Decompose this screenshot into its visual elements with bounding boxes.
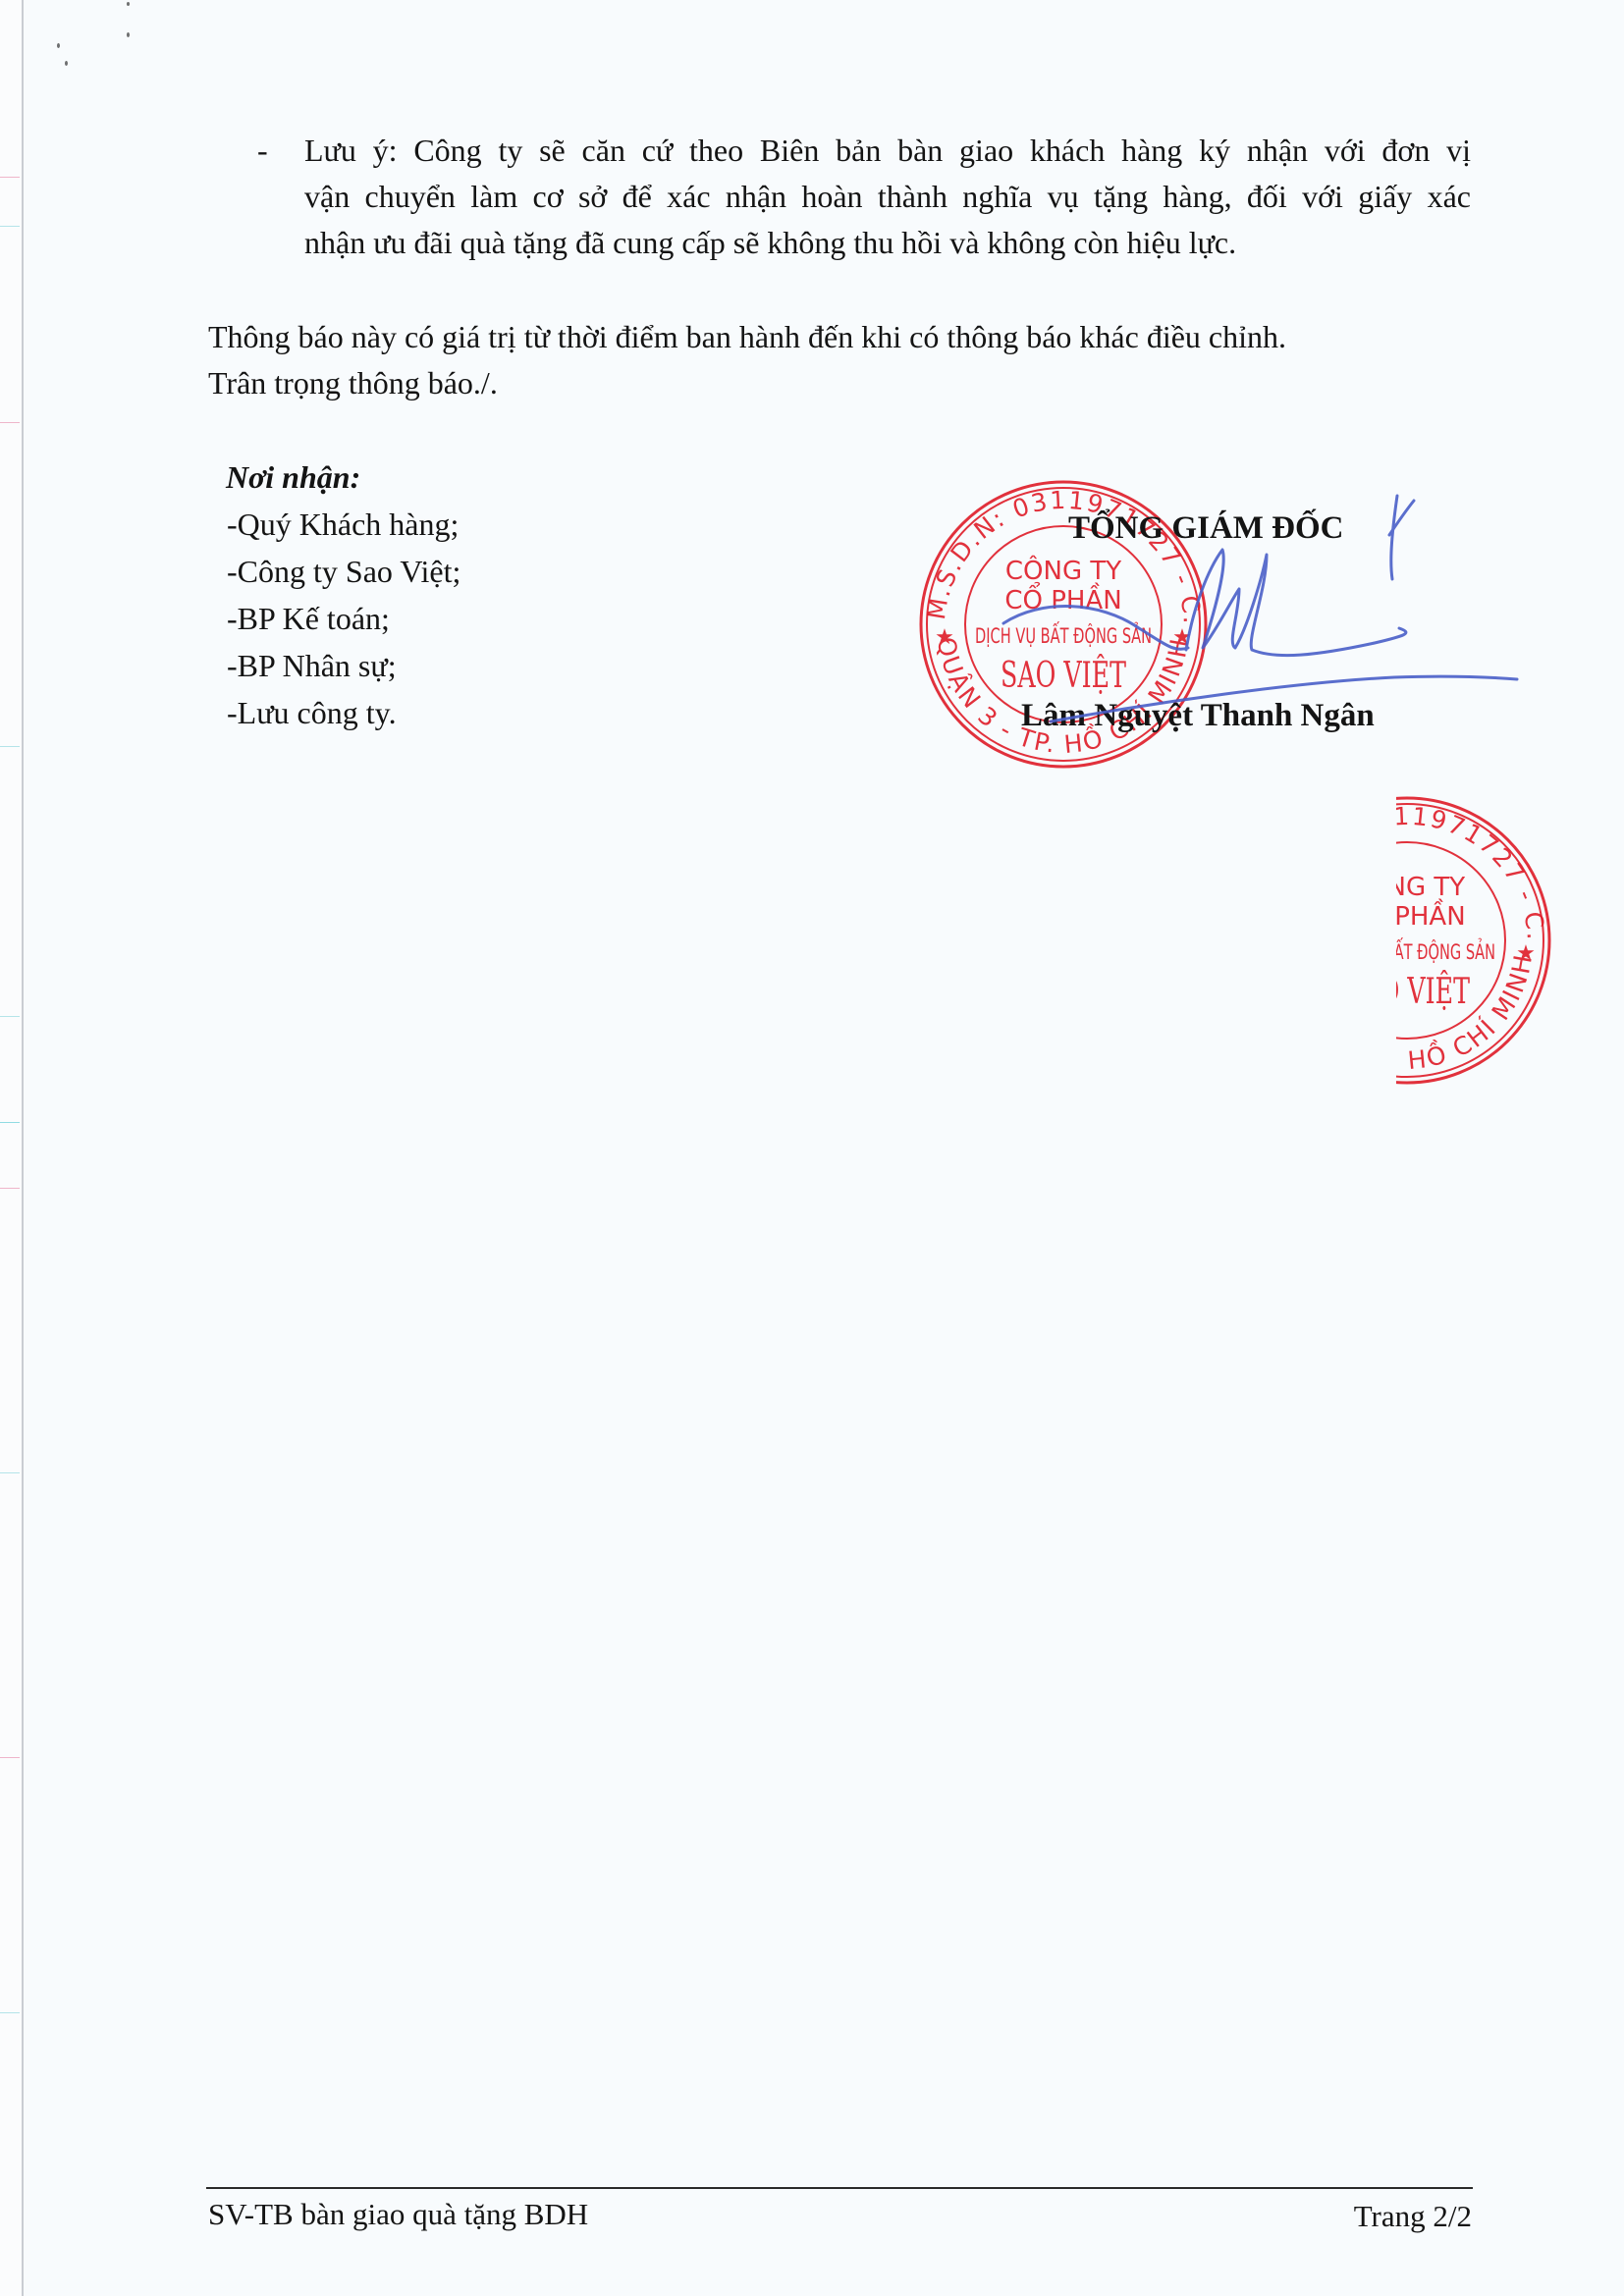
scan-edge-strip bbox=[0, 0, 24, 2296]
stamp-star-left: ★ bbox=[935, 625, 954, 650]
footer-page-number: Trang 2/2 bbox=[1354, 2197, 1472, 2236]
svg-text:★: ★ bbox=[1516, 941, 1536, 966]
svg-text:DỊCH VỤ BẤT ĐỘNG SẢN: DỊCH VỤ BẤT ĐỘNG SẢN bbox=[1319, 937, 1495, 964]
recipient-item: -Lưu công ty. bbox=[227, 690, 397, 736]
svg-text:CÔNG TY: CÔNG TY bbox=[1349, 871, 1465, 902]
note-paragraph: Lưu ý: Công ty sẽ căn cứ theo Biên bản b… bbox=[304, 128, 1471, 266]
footer-document-code: SV-TB bàn giao quà tặng BDH bbox=[208, 2195, 588, 2234]
stamp-outer-top: M.S.D.N: 0311971727 - C.T.C.P bbox=[0, 0, 1207, 626]
closing-line: Trân trọng thông báo./. bbox=[208, 360, 498, 406]
recipients-title: Nơi nhận: bbox=[226, 454, 360, 501]
note-bullet: - bbox=[257, 128, 268, 174]
recipient-item: -Công ty Sao Việt; bbox=[227, 549, 460, 595]
signatory-name: Lâm Nguyệt Thanh Ngân bbox=[1021, 693, 1375, 739]
note-line: nhận ưu đãi quà tặng đã cung cấp sẽ khôn… bbox=[304, 220, 1471, 266]
scan-speck bbox=[65, 61, 68, 66]
scan-speck bbox=[57, 43, 60, 48]
stamp-line4: SAO VIỆT bbox=[1001, 655, 1126, 696]
footer-rule bbox=[206, 2187, 1473, 2189]
validity-statement: Thông báo này có giá trị từ thời điểm ba… bbox=[208, 314, 1286, 360]
stamp-line2: CỔ PHẦN bbox=[1004, 581, 1121, 615]
svg-text:SAO VIỆT: SAO VIỆT bbox=[1344, 971, 1470, 1012]
note-line: vận chuyển làm cơ sở để xác nhận hoàn th… bbox=[304, 174, 1471, 220]
stamp-star-right: ★ bbox=[1172, 625, 1192, 650]
svg-text:QUẬN 3 - TP. HỒ CHÍ MINH: QUẬN 3 - TP. HỒ CHÍ MINH bbox=[1275, 951, 1539, 1075]
stamp-line3: DỊCH VỤ BẤT ĐỘNG SẢN bbox=[975, 621, 1152, 648]
svg-text:CỔ PHẦN: CỔ PHẦN bbox=[1348, 897, 1465, 932]
scan-speck bbox=[127, 32, 130, 37]
note-line: Lưu ý: Công ty sẽ căn cứ theo Biên bản b… bbox=[304, 128, 1471, 174]
signatory-position: TỔNG GIÁM ĐỐC bbox=[1068, 506, 1344, 552]
scan-speck bbox=[127, 2, 130, 6]
recipient-item: -Quý Khách hàng; bbox=[227, 502, 459, 548]
recipient-item: -BP Nhân sự; bbox=[227, 643, 397, 689]
stamp-line1: CÔNG TY bbox=[1005, 555, 1121, 586]
recipient-item: -BP Kế toán; bbox=[227, 596, 390, 642]
